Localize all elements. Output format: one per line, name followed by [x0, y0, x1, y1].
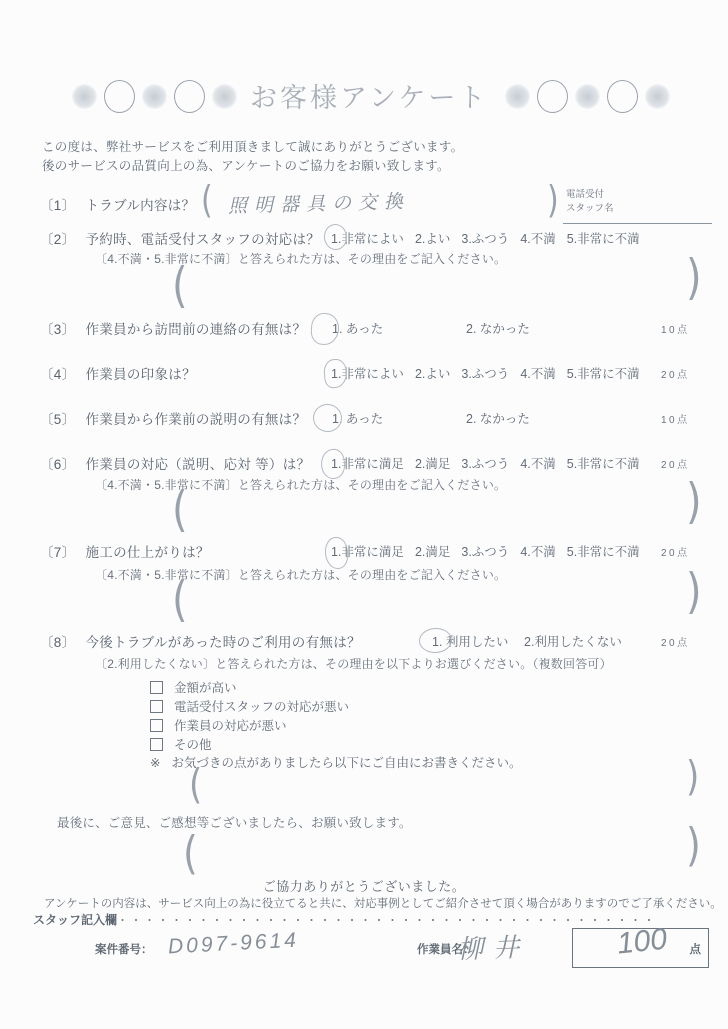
outline-circle-icon — [174, 80, 205, 113]
option[interactable]: 3.ふつう — [461, 232, 509, 246]
option[interactable]: 4.不満 — [520, 457, 555, 471]
option[interactable]: 4.不満 — [520, 232, 555, 246]
question-1-label: 〔1〕 トラブル内容は？ — [40, 194, 195, 214]
q1-handwritten-answer: 照明器具の交換 — [228, 187, 411, 219]
free-response-area[interactable] — [175, 578, 705, 626]
free-area-open-paren: ( — [172, 486, 188, 534]
points-label: 20点 — [661, 456, 690, 471]
free-area-open-paren: ( — [189, 765, 202, 806]
checkbox-row: 作業員の対応が悪い — [150, 716, 287, 734]
checkbox-row: その他 — [150, 735, 212, 753]
question-text: 施工の仕上がりは？ — [85, 545, 209, 560]
free-area-close-paren: ) — [686, 478, 702, 526]
free-response-area[interactable] — [175, 488, 705, 538]
hand-circle-mark — [323, 358, 348, 389]
question-6-options: 1.非常に満足2.満足3.ふつう4.不満5.非常に不満 — [331, 454, 651, 472]
question-8-reason-note: 〔2.利用したくない〕と答えられた方は、その理由を以下よりお選びください。（複数… — [95, 655, 612, 672]
staff-name-label: スタッフ名 — [566, 202, 614, 216]
answer-close-paren: ) — [547, 182, 559, 220]
option[interactable]: 2.よい — [415, 232, 450, 246]
option[interactable]: 5.非常に不満 — [567, 457, 640, 471]
question-number: 〔1〕 — [40, 198, 75, 213]
staff-name-write-line[interactable] — [563, 223, 712, 224]
question-number: 〔3〕 — [40, 322, 75, 337]
free-area-close-paren: ) — [686, 254, 702, 302]
free-area-close-paren: ) — [686, 822, 701, 868]
score-unit-label: 点 — [690, 941, 702, 957]
stamp-circle-icon — [505, 84, 530, 109]
option[interactable]: 5.非常に不満 — [567, 545, 640, 559]
question-4-label: 〔4〕 作業員の印象は？ — [40, 363, 196, 383]
points-label: 10点 — [661, 411, 690, 426]
outline-circle-icon — [607, 80, 638, 113]
case-number-handwritten: D097-9614 — [167, 929, 299, 960]
points-label: 10点 — [661, 321, 690, 336]
option[interactable]: 2.満足 — [415, 457, 450, 471]
question-number: 〔6〕 — [40, 457, 75, 472]
option[interactable]: 4.不満 — [520, 367, 555, 381]
stamp-circle-icon — [645, 84, 670, 109]
question-number: 〔2〕 — [40, 232, 75, 247]
question-7-options: 1.非常に満足2.満足3.ふつう4.不満5.非常に不満 — [331, 542, 651, 560]
header-decoration-left — [72, 80, 237, 113]
score-box: 100 点 — [572, 928, 709, 968]
option[interactable]: 5.非常に不満 — [567, 367, 640, 381]
option[interactable]: 4.不満 — [520, 545, 555, 559]
staff-entry-section: スタッフ記入欄・・・・・・・・・・・・・・・・・・・・・・・・・・・・・・・・・… — [33, 911, 657, 929]
question-text: 予約時、電話受付スタッフの対応は？ — [85, 232, 320, 247]
option[interactable]: 3.ふつう — [461, 367, 509, 381]
question-2-options: 1.非常によい2.よい3.ふつう4.不満5.非常に不満 — [331, 229, 651, 247]
outline-circle-icon — [104, 80, 135, 113]
question-text: 作業員から訪問前の連絡の有無は？ — [85, 322, 306, 337]
case-number-label: 案件番号： — [95, 941, 153, 957]
phone-reception-staff-label: 電話受付 スタッフ名 — [566, 188, 614, 217]
points-label: 20点 — [661, 634, 690, 649]
checkbox-label: 作業員の対応が悪い — [174, 716, 287, 734]
hand-circle-mark — [324, 536, 349, 569]
outline-circle-icon — [537, 80, 568, 113]
question-4-options: 1.非常によい2.よい3.ふつう4.不満5.非常に不満 — [331, 364, 651, 382]
question-5-label: 〔5〕 作業員から作業前の説明の有無は？ — [40, 408, 306, 428]
stamp-circle-icon — [72, 84, 97, 109]
worker-name-handwritten: 柳井 — [456, 927, 529, 966]
checkbox-label: 金額が高い — [174, 678, 237, 696]
question-text: 作業員の対応（説明、応対 等）は？ — [85, 457, 310, 472]
stamp-circle-icon — [575, 84, 600, 109]
hand-circle-mark — [310, 312, 340, 346]
question-text: 作業員の印象は？ — [85, 367, 195, 382]
free-area-open-paren: ( — [172, 262, 188, 310]
question-number: 〔5〕 — [40, 412, 75, 427]
checkbox-unchecked[interactable] — [150, 681, 163, 694]
checkbox-label: 電話受付スタッフの対応が悪い — [174, 697, 349, 715]
question-2-label: 〔2〕 予約時、電話受付スタッフの対応は？ — [40, 228, 320, 248]
checkbox-unchecked[interactable] — [150, 719, 163, 732]
final-request-text: 最後に、ご意見、ご感想等ございましたら、お願い致します。 — [57, 813, 412, 831]
question-number: 〔7〕 — [40, 545, 75, 560]
question-number: 〔8〕 — [40, 635, 75, 650]
intro-line-1: この度は、弊社サービスをご利用頂きまして誠にありがとうございます。 — [42, 138, 463, 157]
option[interactable]: 2.利用したくない — [524, 632, 622, 650]
score-handwritten: 100 — [615, 922, 668, 961]
free-response-area[interactable] — [192, 764, 704, 804]
question-8-label: 〔8〕 今後トラブルがあった時のご利用の有無は？ — [40, 631, 361, 651]
intro-text: この度は、弊社サービスをご利用頂きまして誠にありがとうございます。 後のサービス… — [42, 138, 463, 177]
free-area-open-paren: ( — [172, 576, 188, 624]
answer-open-paren: ( — [201, 182, 213, 220]
free-response-area[interactable] — [186, 830, 704, 876]
question-number: 〔4〕 — [40, 367, 75, 382]
leader-dots: ・・・・・・・・・・・・・・・・・・・・・・・・・・・・・・・・・・・・・・・・ — [117, 915, 657, 927]
page-title: お客様アンケート — [250, 76, 488, 115]
free-area-open-paren: ( — [183, 830, 198, 876]
phone-reception-label: 電話受付 — [566, 188, 614, 202]
thanks-text: ご協力ありがとうございました。 — [0, 876, 728, 895]
free-area-close-paren: ) — [686, 757, 699, 798]
intro-line-2: 後のサービスの品質向上の為、アンケートのご協力をお願い致します。 — [42, 157, 463, 176]
survey-page: お客様アンケート この度は、弊社サービスをご利用頂きまして誠にありがとうございま… — [0, 0, 728, 1029]
option[interactable]: 3.ふつう — [461, 545, 509, 559]
stamp-circle-icon — [212, 84, 237, 109]
question-3-label: 〔3〕 作業員から訪問前の連絡の有無は？ — [40, 318, 306, 338]
option[interactable]: 2. なかった — [466, 319, 530, 337]
question-text: 今後トラブルがあった時のご利用の有無は？ — [85, 635, 360, 650]
hand-circle-mark — [312, 403, 344, 434]
points-label: 20点 — [661, 366, 690, 381]
question-6-label: 〔6〕 作業員の対応（説明、応対 等）は？ — [40, 453, 310, 473]
checkbox-unchecked[interactable] — [150, 738, 163, 751]
free-response-area[interactable] — [175, 262, 705, 314]
points-label: 20点 — [661, 544, 690, 559]
question-text: トラブル内容は？ — [85, 198, 195, 213]
checkbox-label: その他 — [174, 735, 212, 753]
option[interactable]: 3.ふつう — [461, 457, 509, 471]
option[interactable]: 2. なかった — [466, 409, 530, 427]
question-text: 作業員から作業前の説明の有無は？ — [85, 412, 306, 427]
checkbox-row: 金額が高い — [150, 678, 237, 696]
stamp-circle-icon — [142, 84, 167, 109]
header-decoration-right — [505, 80, 670, 113]
staff-entry-label: スタッフ記入欄 — [33, 913, 117, 927]
reference-mark: ※ — [150, 755, 160, 770]
option[interactable]: 5.非常に不満 — [567, 232, 640, 246]
question-7-label: 〔7〕 施工の仕上がりは？ — [40, 541, 210, 561]
option[interactable]: 2.満足 — [415, 545, 450, 559]
checkbox-unchecked[interactable] — [150, 700, 163, 713]
disclaimer-text: アンケートの内容は、サービス向上の為に役立てると共に、対応事例としてご紹介させて… — [44, 895, 722, 911]
option[interactable]: 2.よい — [415, 367, 450, 381]
free-area-close-paren: ) — [686, 568, 702, 616]
checkbox-row: 電話受付スタッフの対応が悪い — [150, 697, 349, 715]
option[interactable]: 1. あった — [332, 319, 383, 337]
